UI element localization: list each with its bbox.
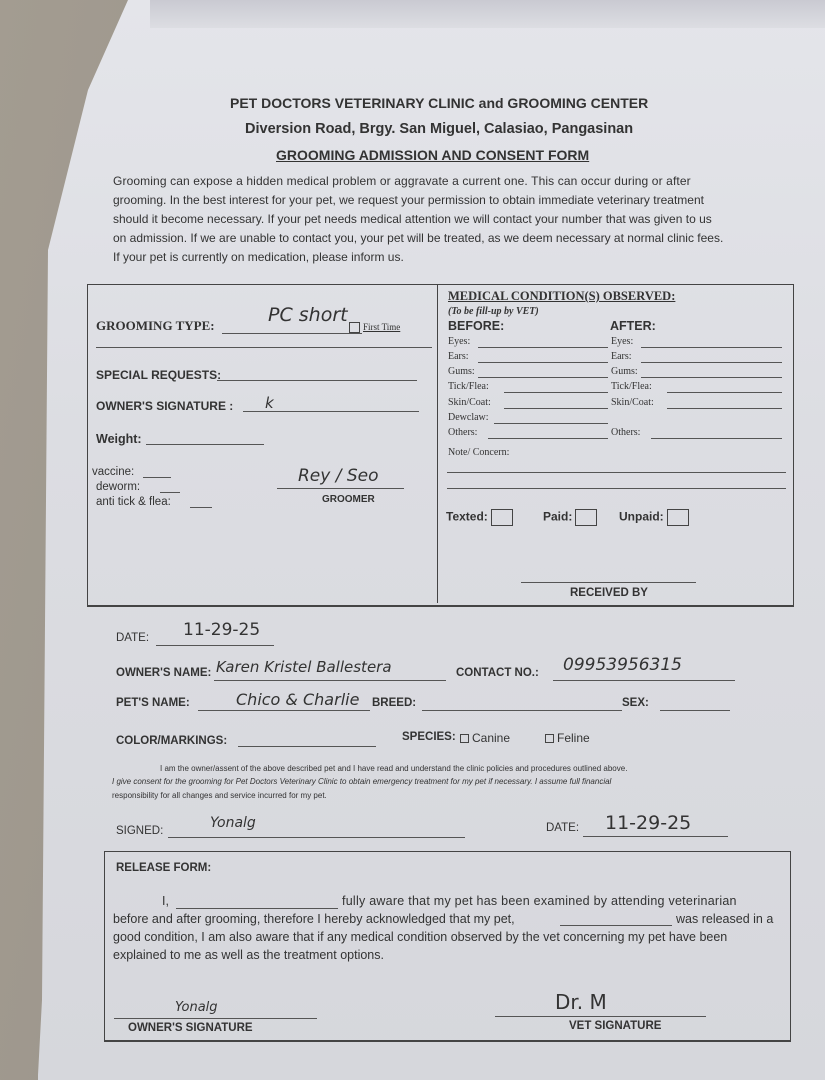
release-owner-name-field[interactable]: [176, 908, 338, 909]
before-field-input[interactable]: [494, 423, 608, 424]
release-line2-suffix: was released in a: [676, 912, 773, 926]
after-field-input[interactable]: [641, 362, 782, 363]
before-field-label: Skin/Coat:: [448, 397, 491, 408]
release-owner-signature-label: OWNER'S SIGNATURE: [128, 1022, 253, 1034]
sex-field[interactable]: [660, 710, 730, 711]
paid-label: Paid:: [543, 510, 572, 524]
grooming-type-line-2: [96, 347, 432, 348]
consent-date-line: [583, 836, 728, 837]
unpaid-label: Unpaid:: [619, 510, 664, 524]
grooming-type-line: [222, 333, 362, 334]
consent-date-label: DATE:: [546, 822, 579, 834]
after-field-input[interactable]: [641, 347, 782, 348]
sex-label: SEX:: [622, 697, 649, 709]
owner-name-field[interactable]: Karen Kristel Ballestera: [216, 658, 392, 676]
vet-signature-field[interactable]: Dr. M: [555, 990, 607, 1014]
consent-line: I am the owner/assent of the above descr…: [160, 764, 627, 773]
color-markings-label: COLOR/MARKINGS:: [116, 735, 227, 747]
vet-signature-line: [495, 1016, 706, 1017]
contact-label: CONTACT NO.:: [456, 667, 539, 679]
vet-signature-label: VET SIGNATURE: [569, 1020, 661, 1032]
weight-label: Weight:: [96, 432, 142, 446]
pet-name-label: PET'S NAME:: [116, 697, 190, 709]
weight-field[interactable]: [146, 444, 264, 445]
release-owner-signature-field[interactable]: Yonalg: [175, 1000, 218, 1015]
intro-line: should it become necessary. If your pet …: [113, 212, 712, 226]
contact-line: [553, 680, 735, 681]
before-field-input[interactable]: [478, 362, 608, 363]
before-field-input[interactable]: [504, 392, 608, 393]
paid-checkbox[interactable]: [575, 509, 597, 526]
grooming-type-field[interactable]: PC short: [268, 304, 348, 326]
release-pet-name-field[interactable]: [560, 925, 672, 926]
after-field-input[interactable]: [667, 392, 782, 393]
special-requests-label: SPECIAL REQUESTS:: [96, 368, 221, 382]
medical-conditions-title: MEDICAL CONDITION(S) OBSERVED:: [448, 289, 675, 304]
breed-field[interactable]: [422, 710, 622, 711]
texted-label: Texted:: [446, 510, 488, 524]
owner-name-line: [214, 680, 446, 681]
signed-field[interactable]: Yonalg: [210, 815, 256, 831]
consent-line: I give consent for the grooming for Pet …: [112, 777, 611, 786]
groomer-line: [277, 488, 404, 489]
intro-line: on admission. If we are unable to contac…: [113, 231, 723, 245]
consent-date-field[interactable]: 11-29-25: [605, 812, 691, 834]
special-requests-field[interactable]: [217, 380, 417, 381]
release-line4: explained to me as well as the treatment…: [113, 948, 384, 962]
owner-name-label: OWNER'S NAME:: [116, 667, 211, 679]
before-field-label: Dewclaw:: [448, 412, 489, 423]
deworm-label: deworm:: [96, 481, 140, 493]
note-concern-line-1[interactable]: [447, 472, 786, 473]
release-owner-signature-line: [114, 1018, 317, 1019]
paid-option[interactable]: Paid:: [543, 509, 597, 526]
before-field-input[interactable]: [504, 408, 608, 409]
after-heading: AFTER:: [610, 319, 656, 333]
vet-fillup-note: (To be fill-up by VET): [448, 306, 539, 317]
after-field-label: Skin/Coat:: [611, 397, 654, 408]
intro-line: grooming. In the best interest for your …: [113, 193, 704, 207]
after-field-input[interactable]: [667, 408, 782, 409]
after-field-label: Others:: [611, 427, 640, 438]
release-form-title: RELEASE FORM:: [116, 862, 211, 874]
consent-line: responsibility for all changes and servi…: [112, 791, 327, 800]
before-field-label: Gums:: [448, 366, 475, 377]
clinic-address: Diversion Road, Brgy. San Miguel, Calasi…: [245, 121, 633, 137]
release-line2-prefix: before and after grooming, therefore I h…: [113, 912, 515, 926]
pet-name-line: [198, 710, 370, 711]
before-field-label: Tick/Flea:: [448, 381, 489, 392]
first-time-checkbox[interactable]: [349, 322, 360, 333]
received-by-label: RECEIVED BY: [570, 587, 648, 599]
after-field-label: Ears:: [611, 351, 632, 362]
release-line3: good condition, I am also aware that if …: [113, 930, 727, 944]
before-field-label: Ears:: [448, 351, 469, 362]
contact-field[interactable]: 09953956315: [563, 655, 682, 675]
species-option-feline[interactable]: Feline: [545, 731, 590, 745]
note-concern-label: Note/ Concern:: [448, 447, 509, 458]
intro-line: If your pet is currently on medication, …: [113, 250, 404, 264]
texted-checkbox[interactable]: [491, 509, 513, 526]
species-option-canine[interactable]: Canine: [460, 731, 510, 745]
unpaid-checkbox[interactable]: [667, 509, 689, 526]
signed-label: SIGNED:: [116, 825, 163, 837]
panel-divider: [437, 285, 438, 603]
anti-tick-flea-label: anti tick & flea:: [96, 496, 171, 508]
before-field-input[interactable]: [478, 347, 608, 348]
paper-fold-shadow: [150, 0, 825, 28]
first-time-option[interactable]: First Time: [349, 322, 400, 333]
before-field-input[interactable]: [488, 438, 608, 439]
feline-checkbox[interactable]: [545, 734, 554, 743]
before-field-input[interactable]: [478, 377, 608, 378]
before-heading: BEFORE:: [448, 319, 504, 333]
first-time-label: First Time: [363, 322, 400, 332]
species-label: SPECIES:: [402, 731, 456, 743]
note-concern-line-2[interactable]: [447, 488, 786, 489]
before-field-label: Others:: [448, 427, 477, 438]
before-field-label: Eyes:: [448, 336, 470, 347]
release-line1-prefix: I,: [162, 894, 169, 908]
signed-line: [168, 837, 465, 838]
feline-label: Feline: [557, 731, 590, 745]
form-title: GROOMING ADMISSION AND CONSENT FORM: [276, 147, 589, 163]
grooming-type-label: GROOMING TYPE:: [96, 318, 215, 334]
release-line1-suffix: fully aware that my pet has been examine…: [342, 894, 737, 908]
after-field-label: Tick/Flea:: [611, 381, 652, 392]
color-markings-field[interactable]: [238, 746, 376, 747]
groomer-field[interactable]: Rey / Seo: [298, 466, 379, 486]
date-label: DATE:: [116, 632, 149, 644]
texted-option[interactable]: Texted:: [446, 509, 513, 526]
date-field[interactable]: 11-29-25: [183, 620, 260, 640]
canine-label: Canine: [472, 731, 510, 745]
groomer-label: GROOMER: [322, 494, 375, 505]
canine-checkbox[interactable]: [460, 734, 469, 743]
owner-signature-field[interactable]: k: [265, 394, 274, 412]
received-by-line[interactable]: [521, 582, 696, 583]
after-field-label: Eyes:: [611, 336, 633, 347]
vaccine-label: vaccine:: [92, 466, 134, 478]
owner-signature-label: OWNER'S SIGNATURE :: [96, 399, 233, 413]
date-line: [156, 645, 274, 646]
after-field-label: Gums:: [611, 366, 638, 377]
intro-line: Grooming can expose a hidden medical pro…: [113, 174, 691, 188]
deworm-field[interactable]: [160, 492, 180, 493]
breed-label: BREED:: [372, 697, 416, 709]
vaccine-field[interactable]: [143, 477, 171, 478]
anti-tick-flea-field[interactable]: [190, 507, 212, 508]
pet-name-field[interactable]: Chico & Charlie: [236, 690, 359, 709]
after-field-input[interactable]: [641, 377, 782, 378]
unpaid-option[interactable]: Unpaid:: [619, 509, 689, 526]
clinic-name: PET DOCTORS VETERINARY CLINIC and GROOMI…: [230, 95, 648, 111]
after-field-input[interactable]: [651, 438, 782, 439]
